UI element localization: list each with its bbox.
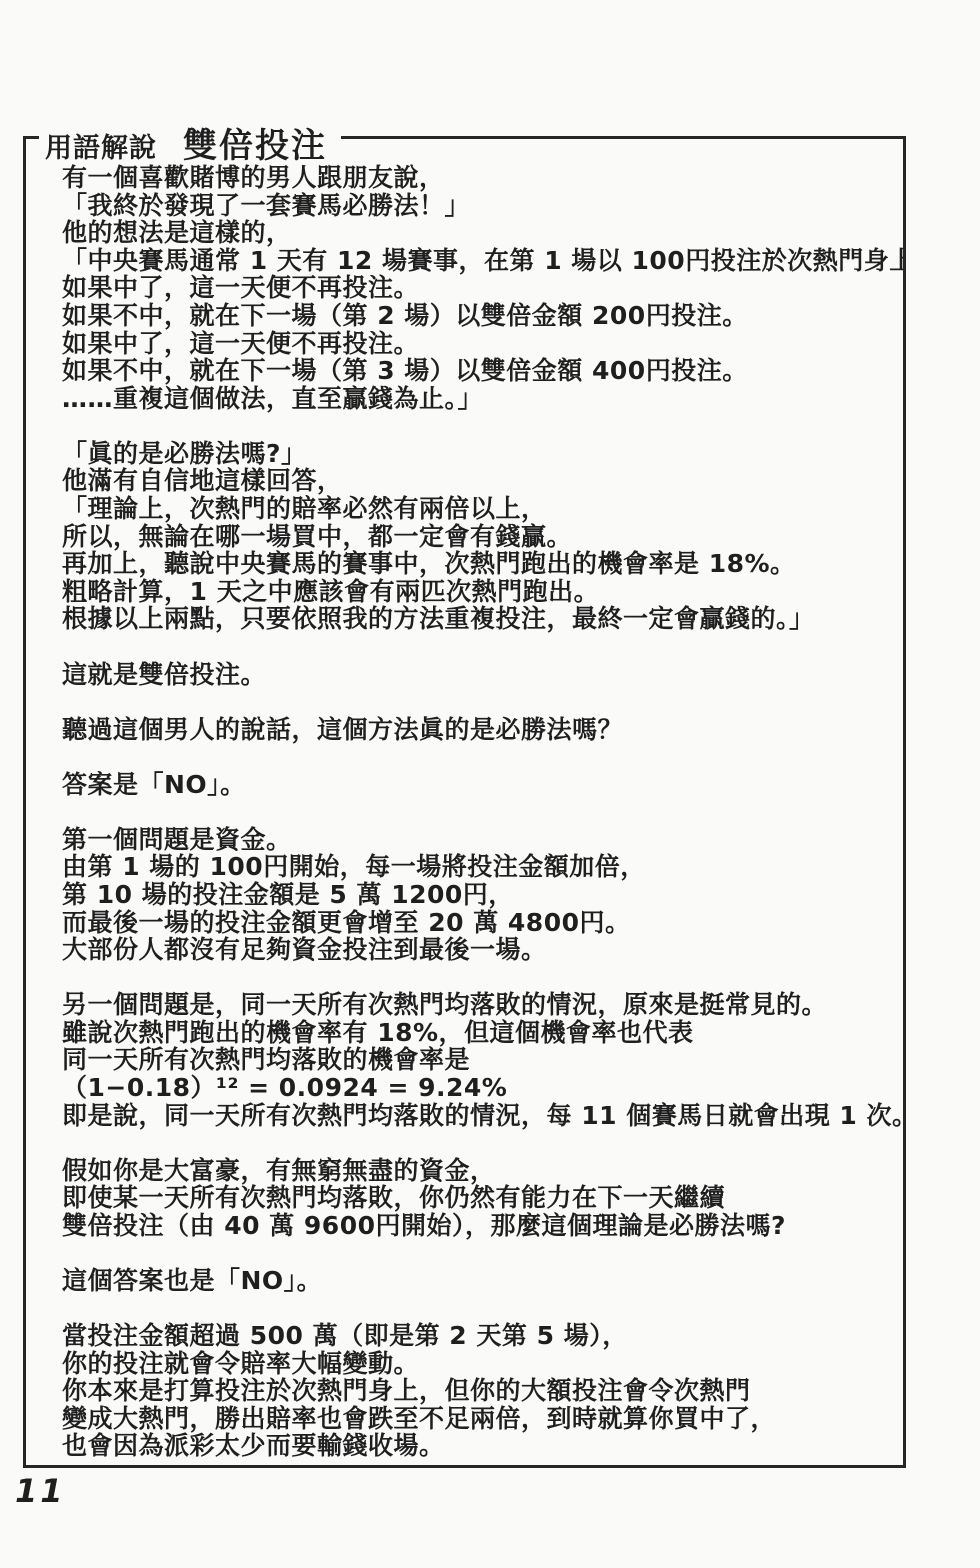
text-line: 大部份人都沒有足夠資金投注到最後一場。 — [62, 936, 893, 964]
text-line: 如果不中，就在下一場（第 3 場）以雙倍金額 400円投注。 — [62, 357, 893, 385]
paragraph: 這就是雙倍投注。 — [62, 661, 893, 689]
text-line: 也會因為派彩太少而要輸錢收場。 — [62, 1432, 893, 1460]
text-line: 假如你是大富豪，有無窮無盡的資金， — [62, 1157, 893, 1185]
text-line: 如果不中，就在下一場（第 2 場）以雙倍金額 200円投注。 — [62, 302, 893, 330]
text-line: 他的想法是這樣的， — [62, 219, 893, 247]
text-line: 「理論上，次熱門的賠率必然有兩倍以上， — [62, 495, 893, 523]
text-line: 「眞的是必勝法嗎?」 — [62, 440, 893, 468]
text-line: 你的投注就會令賠率大幅變動。 — [62, 1350, 893, 1378]
text-line: 「中央賽馬通常 1 天有 12 場賽事，在第 1 場以 100円投注於次熱門身上… — [62, 247, 893, 275]
text-line: 當投注金額超過 500 萬（即是第 2 天第 5 場）， — [62, 1322, 893, 1350]
text-line: 雙倍投注（由 40 萬 9600円開始），那麼這個理論是必勝法嗎? — [62, 1212, 893, 1240]
text-line: 即使某一天所有次熱門均落敗，你仍然有能力在下一天繼續 — [62, 1184, 893, 1212]
paragraph: 第一個問題是資金。由第 1 場的 100円開始，每一場將投注金額加倍，第 10 … — [62, 826, 893, 964]
paragraph: 答案是「NO」。 — [62, 771, 893, 799]
paragraph: 當投注金額超過 500 萬（即是第 2 天第 5 場），你的投注就會令賠率大幅變… — [62, 1322, 893, 1460]
text-line: 這個答案也是「NO」。 — [62, 1267, 893, 1295]
text-line: 他滿有自信地這樣回答， — [62, 467, 893, 495]
text-line: 變成大熱門，勝出賠率也會跌至不足兩倍，到時就算你買中了， — [62, 1405, 893, 1433]
glossary-box: 用語解說 雙倍投注 有一個喜歡賭博的男人跟朋友說，「我終於發現了一套賽馬必勝法！… — [23, 136, 906, 1468]
text-line: 你本來是打算投注於次熱門身上，但你的大額投注會令次熱門 — [62, 1377, 893, 1405]
book-page: 用語解說 雙倍投注 有一個喜歡賭博的男人跟朋友說，「我終於發現了一套賽馬必勝法！… — [0, 0, 980, 1568]
text-line: 而最後一場的投注金額更會增至 20 萬 4800円。 — [62, 909, 893, 937]
page-number: 11 — [15, 1472, 66, 1510]
text-line: 「我終於發現了一套賽馬必勝法！」 — [62, 192, 893, 220]
text-line: 這就是雙倍投注。 — [62, 661, 893, 689]
paragraph: 「眞的是必勝法嗎?」他滿有自信地這樣回答，「理論上，次熱門的賠率必然有兩倍以上，… — [62, 440, 893, 633]
text-line: 由第 1 場的 100円開始，每一場將投注金額加倍， — [62, 853, 893, 881]
paragraph: 假如你是大富豪，有無窮無盡的資金，即使某一天所有次熱門均落敗，你仍然有能力在下一… — [62, 1157, 893, 1240]
glossary-text: 有一個喜歡賭博的男人跟朋友說，「我終於發現了一套賽馬必勝法！」他的想法是這樣的，… — [26, 139, 903, 1465]
text-line: 粗略計算，1 天之中應該會有兩匹次熱門跑出。 — [62, 578, 893, 606]
paragraph: 另一個問題是，同一天所有次熱門均落敗的情況，原來是挺常見的。雖說次熱門跑出的機會… — [62, 991, 893, 1129]
paragraph: 聽過這個男人的說話，這個方法眞的是必勝法嗎？ — [62, 716, 893, 744]
text-line: 答案是「NO」。 — [62, 771, 893, 799]
text-line: 如果中了，這一天便不再投注。 — [62, 274, 893, 302]
paragraph: 有一個喜歡賭博的男人跟朋友說，「我終於發現了一套賽馬必勝法！」他的想法是這樣的，… — [62, 164, 893, 412]
text-line: 有一個喜歡賭博的男人跟朋友說， — [62, 164, 893, 192]
text-line: 雖說次熱門跑出的機會率有 18%，但這個機會率也代表 — [62, 1019, 893, 1047]
text-line: 如果中了，這一天便不再投注。 — [62, 330, 893, 358]
text-line: 同一天所有次熱門均落敗的機會率是 — [62, 1046, 893, 1074]
text-line: 根據以上兩點，只要依照我的方法重複投注，最終一定會贏錢的。」 — [62, 605, 893, 633]
text-line: 所以，無論在哪一場買中，都一定會有錢贏。 — [62, 523, 893, 551]
text-line: 第 10 場的投注金額是 5 萬 1200円， — [62, 881, 893, 909]
text-line: 聽過這個男人的說話，這個方法眞的是必勝法嗎？ — [62, 716, 893, 744]
text-line: 再加上，聽說中央賽馬的賽事中，次熱門跑出的機會率是 18%。 — [62, 550, 893, 578]
text-line: （1−0.18）¹² = 0.0924 = 9.24% — [62, 1074, 893, 1102]
text-line: 即是說，同一天所有次熱門均落敗的情況，每 11 個賽馬日就會出現 1 次。 — [62, 1102, 893, 1130]
paragraph: 這個答案也是「NO」。 — [62, 1267, 893, 1295]
text-line: 另一個問題是，同一天所有次熱門均落敗的情況，原來是挺常見的。 — [62, 991, 893, 1019]
text-line: 第一個問題是資金。 — [62, 826, 893, 854]
text-line: ……重複這個做法，直至贏錢為止。」 — [62, 385, 893, 413]
